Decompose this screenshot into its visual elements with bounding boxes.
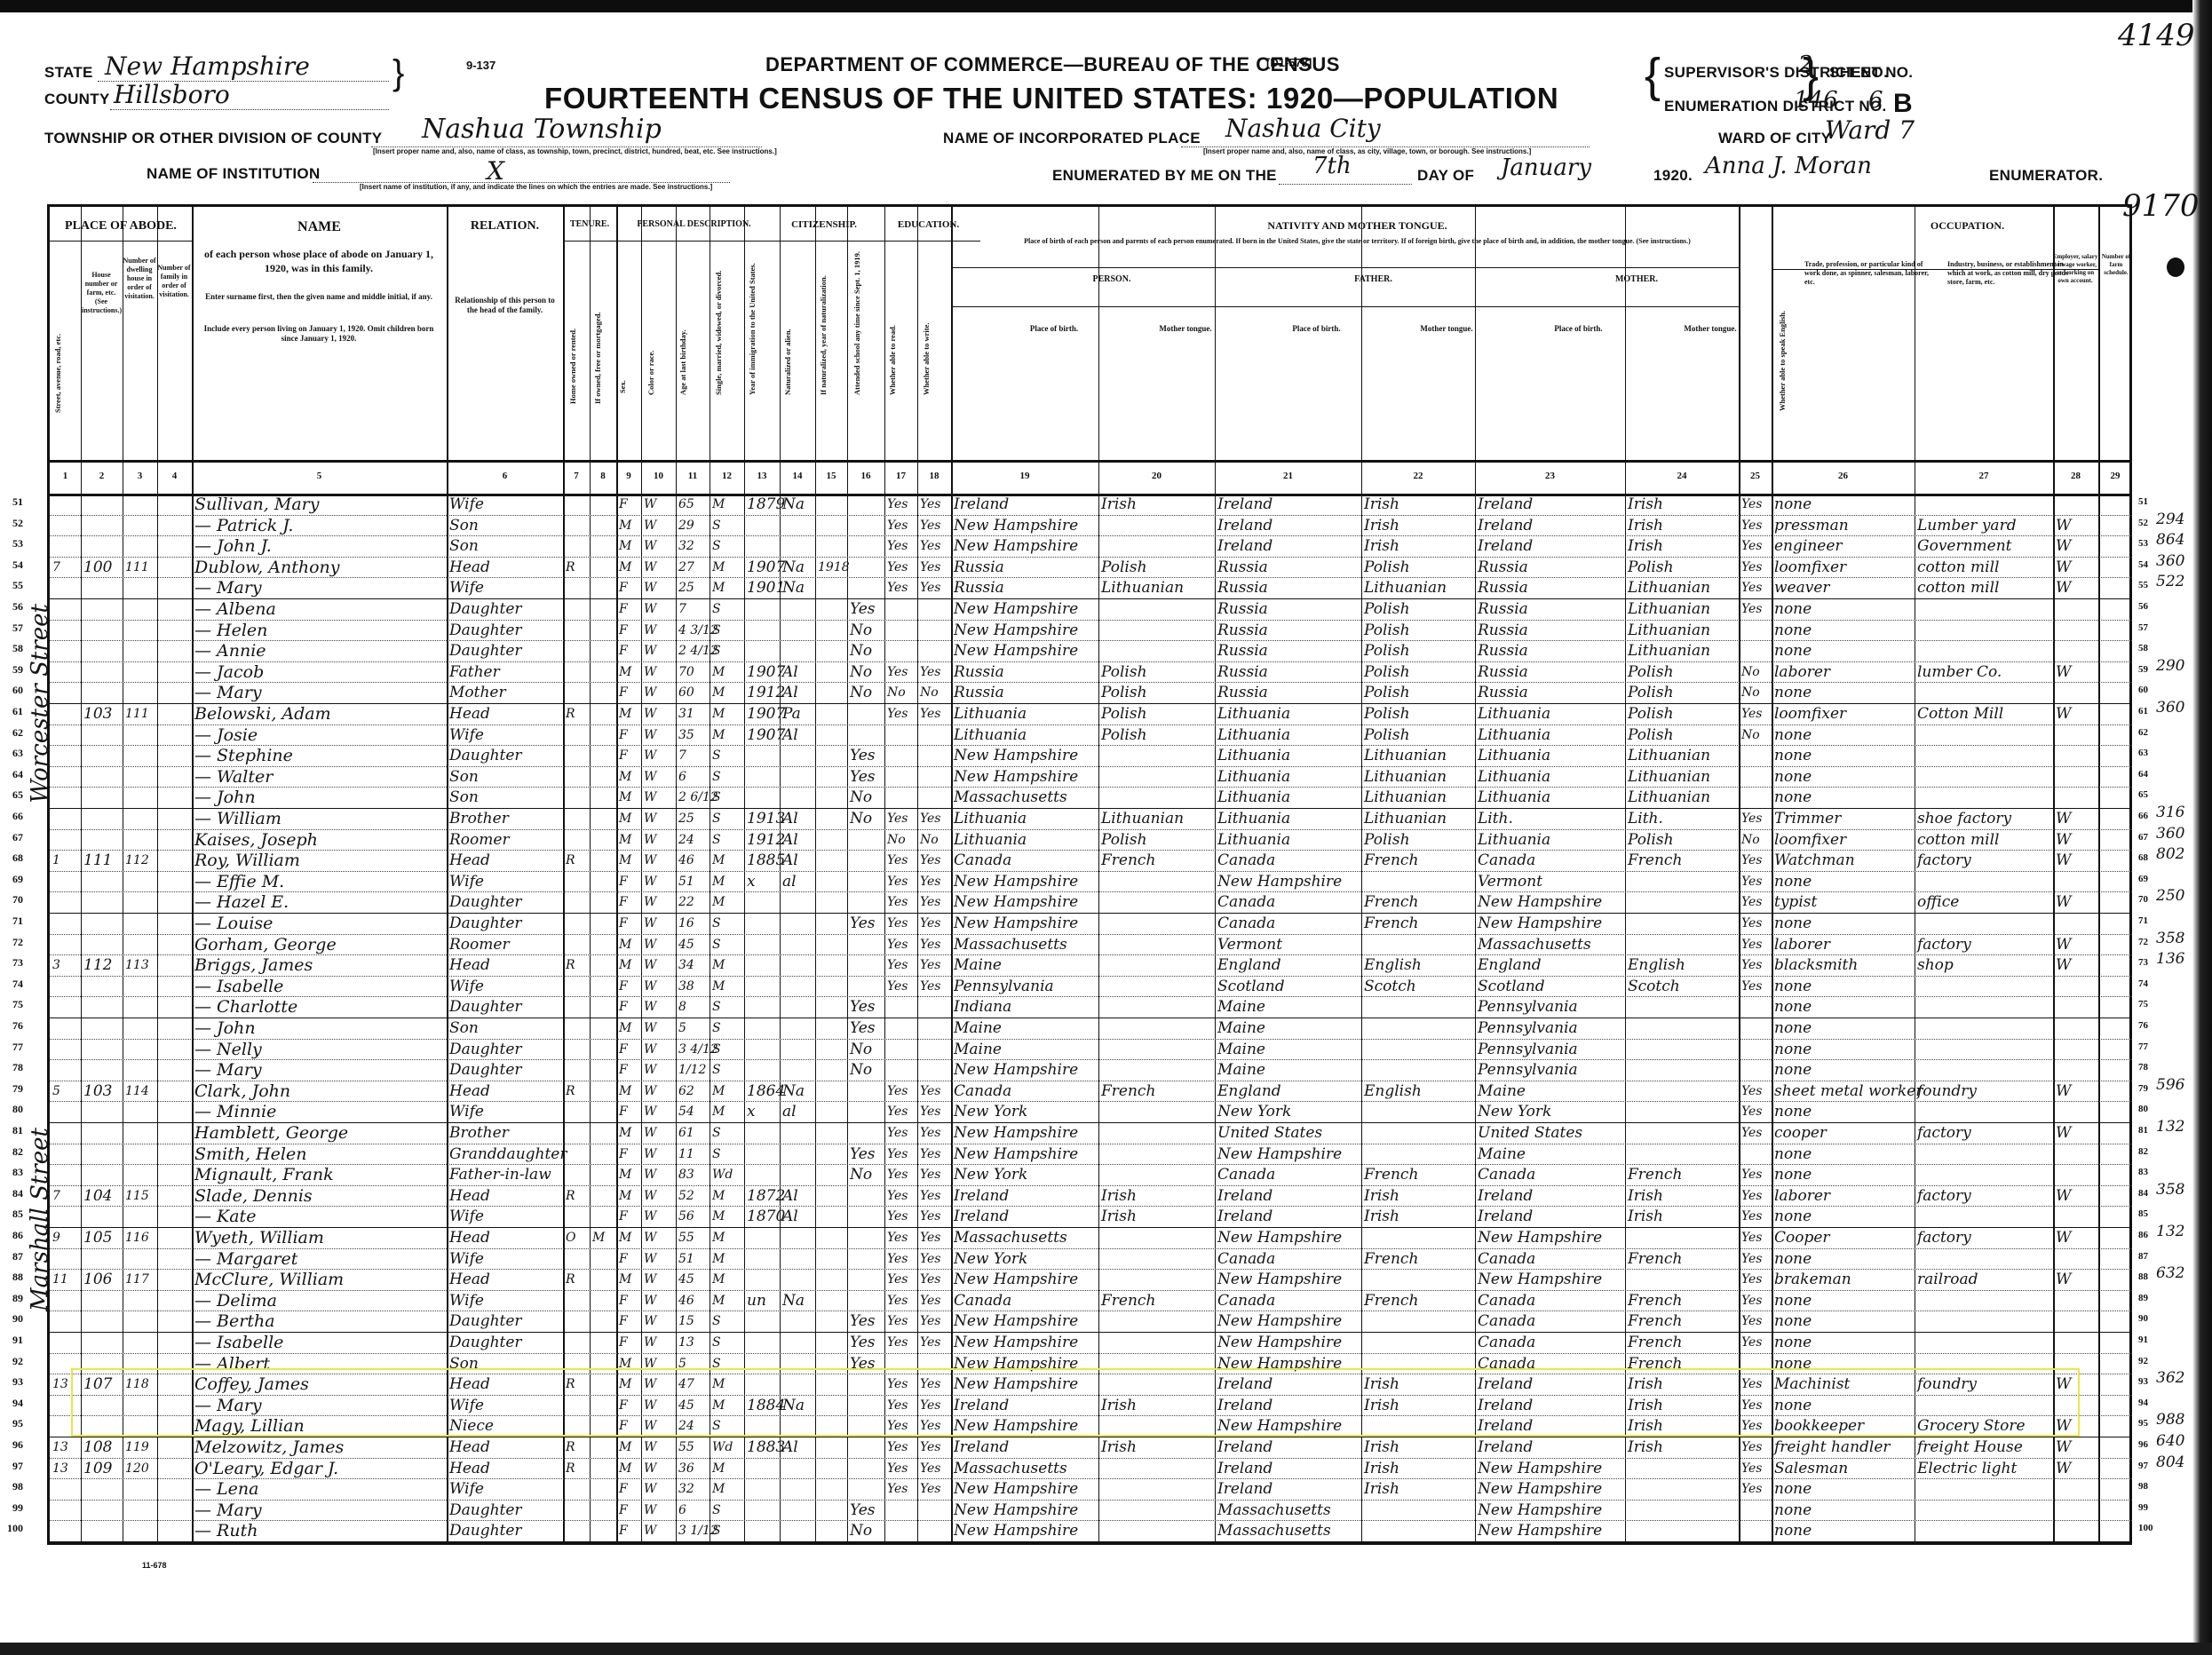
cell-rel: Head [449, 1186, 490, 1206]
cell-eng: Yes [1741, 955, 1763, 975]
occupation-code: 640 [2156, 1432, 2184, 1450]
cell-ind: railroad [1917, 1270, 1978, 1289]
cell-imm: un [747, 1291, 766, 1311]
cell-mpob: New Hampshire [1478, 892, 1602, 912]
cell-name: Coffey, James [194, 1374, 309, 1394]
enumerated-year: 1920. [1653, 167, 1693, 185]
cell-fpob: New Hampshire [1217, 1270, 1342, 1289]
cell-occ: bookkeeper [1774, 1416, 1864, 1436]
cell-write: Yes [920, 516, 941, 535]
cell-sch: Yes [850, 1311, 876, 1331]
cell-sex: M [619, 516, 631, 535]
occupation-code: 360 [2156, 825, 2184, 843]
cell-rel: Head [449, 558, 490, 577]
column-divider [1772, 207, 1773, 1542]
cell-ind: freight House [1917, 1437, 2023, 1457]
row-line [50, 640, 2132, 641]
cell-name: Roy, William [194, 851, 300, 870]
cell-fpob: Lithuania [1217, 830, 1290, 850]
cell-race: W [644, 1416, 656, 1436]
cell-fpob: New Hampshire [1217, 1354, 1342, 1374]
cell-age: 52 [678, 1186, 694, 1206]
cell-eng: Yes [1741, 1123, 1763, 1143]
state-value: New Hampshire [105, 51, 310, 81]
cell-sex: F [619, 1333, 628, 1352]
cell-ms: M [712, 1479, 725, 1499]
cell-fmt: Irish [1364, 495, 1399, 514]
cell-imm: x [747, 872, 756, 891]
cell-write: Yes [920, 809, 941, 828]
cell-rel: Father-in-law [449, 1165, 551, 1184]
cell-eng: No [1741, 683, 1760, 702]
cell-eng: Yes [1741, 851, 1763, 870]
cell-write: Yes [920, 1207, 941, 1226]
county-label: COUNTY [44, 91, 110, 108]
cell-race: W [644, 1123, 656, 1143]
cell-pob: New Hampshire [954, 1270, 1078, 1289]
cell-write: Yes [920, 1165, 941, 1184]
occupation-trade-header: Trade, profession, or particular kind of… [1804, 260, 1938, 287]
cell-fpob: New Hampshire [1217, 1144, 1342, 1164]
cell-imm: 1907 [747, 725, 785, 745]
cell-mpob: Canada [1478, 1333, 1535, 1352]
cell-rel: Daughter [449, 1060, 522, 1080]
cell-occ: cooper [1774, 1123, 1827, 1143]
cell-sex: M [619, 1165, 631, 1184]
cell-occ: none [1774, 1018, 1812, 1038]
cell-dw: 118 [125, 1374, 149, 1394]
column-number: 5 [192, 471, 447, 481]
cell-write: Yes [920, 1144, 941, 1164]
column-number: 13 [744, 471, 780, 481]
cell-ind: cotton mill [1917, 558, 1999, 577]
cell-cls: W [2056, 1437, 2071, 1457]
cell-fpob: Ireland [1217, 1396, 1272, 1415]
line-number-right: 91 [2138, 1334, 2148, 1345]
cell-name: Dublow, Anthony [194, 558, 339, 577]
cell-read: Yes [887, 1311, 908, 1331]
cell-read: Yes [887, 955, 908, 975]
cell-cls: W [2056, 851, 2071, 870]
cell-read: Yes [887, 495, 908, 514]
cell-ind: shop [1917, 955, 1954, 975]
cell-mpob: New Hampshire [1478, 1479, 1602, 1499]
cell-fpob: Russia [1217, 621, 1268, 640]
person-place-of-birth-header: Place of birth. [980, 324, 1128, 334]
col-dwelling-header: Number of dwelling house in order of vis… [123, 257, 156, 301]
relation-description: Relationship of this person to the head … [451, 296, 559, 315]
cell-write: Yes [920, 955, 941, 975]
cell-race: W [644, 1228, 656, 1247]
cell-eng: Yes [1741, 1165, 1763, 1184]
cell-pob: Massachusetts [954, 935, 1067, 954]
cell-mt: Polish [1101, 725, 1147, 745]
col-naturalization-year-header: If naturalized, year of naturalization. [819, 262, 828, 395]
cell-fpob: Lithuania [1217, 809, 1290, 828]
occupation-code: 632 [2156, 1264, 2184, 1282]
cell-pob: Ireland [954, 1186, 1009, 1206]
cell-name: — John [194, 788, 256, 807]
cell-write: Yes [920, 1102, 941, 1121]
cell-read: Yes [887, 851, 908, 870]
cell-name: — Kate [194, 1207, 256, 1226]
cell-sch: Yes [850, 914, 876, 933]
column-number: 6 [447, 471, 563, 481]
column-number: 27 [1915, 471, 2053, 481]
row-line [50, 1101, 2132, 1102]
cell-fmt: Irish [1364, 1186, 1399, 1206]
father-place-of-birth-header: Place of birth. [1243, 324, 1390, 334]
cell-age: 8 [678, 997, 686, 1017]
cell-rel: Daughter [449, 1501, 522, 1520]
cell-sex: F [619, 641, 628, 661]
cell-occ: none [1774, 1354, 1812, 1374]
cell-sex: F [619, 495, 628, 514]
column-number: 8 [590, 471, 616, 481]
cell-rel: Head [449, 1081, 490, 1101]
column-divider [884, 207, 885, 1542]
cell-name: Wyeth, William [194, 1228, 324, 1247]
cell-race: W [644, 788, 656, 807]
cell-eng: Yes [1741, 1249, 1763, 1269]
column-number: 18 [917, 471, 951, 481]
cell-write: Yes [920, 851, 941, 870]
cell-name: — Lena [194, 1479, 258, 1499]
cell-race: W [644, 1521, 656, 1540]
cell-mmt: Irish [1628, 536, 1663, 556]
cell-name: — Isabelle [194, 1333, 283, 1352]
cell-pob: New Hampshire [954, 1123, 1078, 1143]
cell-rel: Wife [449, 578, 484, 598]
cell-age: 31 [678, 704, 694, 724]
cell-own: R [566, 558, 575, 577]
cell-name: — Bertha [194, 1311, 275, 1331]
line-number-right: 74 [2138, 978, 2148, 989]
cell-race: W [644, 1144, 656, 1164]
cell-pob: New Hampshire [954, 641, 1078, 661]
enumerated-day: 7th [1312, 153, 1352, 179]
cell-eng: Yes [1741, 1102, 1763, 1121]
line-number: 51 [0, 495, 23, 509]
cell-mmt: French [1628, 851, 1682, 870]
section-personal-description: PERSONAL DESCRIPTION. [616, 219, 772, 229]
cell-age: 61 [678, 1123, 694, 1143]
cell-own: R [566, 1437, 575, 1457]
cell-ms: S [712, 536, 721, 556]
cell-age: 6 [678, 1501, 686, 1520]
row-line [50, 682, 2132, 683]
cell-age: 11 [678, 1144, 694, 1164]
cell-race: W [644, 746, 656, 765]
col-school-header: Attended school any time since Sept. 1, … [852, 262, 861, 395]
cell-sch: Yes [850, 1144, 876, 1164]
cell-race: W [644, 767, 656, 787]
cell-race: W [644, 1333, 656, 1352]
cell-nat: al [782, 872, 797, 891]
cell-read: Yes [887, 704, 908, 724]
line-number-right: 86 [2138, 1230, 2148, 1240]
cell-sch: Yes [850, 1501, 876, 1520]
cell-age: 24 [678, 1416, 694, 1436]
occupation-class-header: Employer, salary or wage worker, or work… [2052, 253, 2098, 285]
cell-read: Yes [887, 1081, 908, 1101]
cell-nat: Na [782, 558, 805, 577]
line-number-right: 61 [2138, 706, 2148, 717]
cell-fpob: Maine [1217, 1018, 1265, 1038]
cell-occ: none [1774, 1102, 1812, 1121]
cell-occ: none [1774, 621, 1812, 640]
cell-eng: Yes [1741, 558, 1763, 577]
cell-pob: Lithuania [954, 809, 1027, 828]
cell-cls: W [2056, 662, 2071, 682]
cell-eng: Yes [1741, 1207, 1763, 1226]
cell-pob: Lithuania [954, 725, 1027, 745]
cell-fpob: Canada [1217, 1165, 1275, 1184]
line-number-right: 59 [2138, 664, 2148, 675]
cell-name: — Effie M. [194, 872, 284, 891]
cell-age: 46 [678, 1291, 694, 1311]
cell-ms: S [712, 935, 721, 954]
cell-write: Yes [920, 1311, 941, 1331]
cell-rel: Daughter [449, 997, 522, 1017]
cell-sex: F [619, 997, 628, 1017]
cell-occ: none [1774, 1060, 1812, 1080]
cell-age: 54 [678, 1102, 694, 1121]
cell-read: No [887, 830, 906, 850]
line-number: 89 [0, 1292, 23, 1305]
row-divider [50, 494, 2132, 496]
line-number-right: 90 [2138, 1313, 2148, 1324]
cell-age: 29 [678, 516, 694, 535]
row-line [50, 1018, 2132, 1018]
cell-sex: M [619, 1228, 631, 1247]
cell-rel: Wife [449, 977, 484, 996]
cell-cls: W [2056, 1416, 2071, 1436]
col-family-header: Number of family in order of visitation. [157, 264, 191, 299]
cell-rel: Daughter [449, 641, 522, 661]
cell-house: 109 [83, 1459, 112, 1478]
cell-occ: none [1774, 767, 1812, 787]
cell-cls: W [2056, 1374, 2071, 1394]
cell-rel: Roomer [449, 935, 510, 954]
cell-fpob: New Hampshire [1217, 1311, 1342, 1331]
cell-fpob: Ireland [1217, 1374, 1272, 1394]
line-number-right: 69 [2138, 874, 2148, 884]
cell-age: 34 [678, 955, 694, 975]
column-number: 9 [616, 471, 641, 481]
cell-age: 32 [678, 536, 694, 556]
cell-mpob: Ireland [1478, 1207, 1533, 1226]
cell-mmt: Irish [1628, 1207, 1663, 1226]
subsection-mother: MOTHER. [1503, 274, 1770, 284]
cell-race: W [644, 892, 656, 912]
cell-ms: M [712, 1396, 725, 1415]
cell-pob: New Hampshire [954, 1144, 1078, 1164]
cell-race: W [644, 621, 656, 640]
cell-ms: M [712, 872, 725, 891]
col-speak-english-header: Whether able to speak English. [1778, 234, 1787, 411]
cell-write: Yes [920, 578, 941, 598]
cell-ms: M [712, 1228, 725, 1247]
cell-age: 45 [678, 1396, 694, 1415]
cell-race: W [644, 1102, 656, 1121]
cell-ms: M [712, 1291, 725, 1311]
cell-sex: M [619, 955, 631, 975]
cell-race: W [644, 914, 656, 933]
cell-mpob: Lithuania [1478, 725, 1550, 745]
cell-mt: Irish [1101, 1396, 1137, 1415]
line-number-right: 67 [2138, 832, 2148, 843]
cell-fpob: Russia [1217, 662, 1268, 682]
line-number: 90 [0, 1312, 23, 1326]
cell-race: W [644, 1186, 656, 1206]
cell-mort: M [592, 1228, 605, 1247]
column-number: 25 [1739, 471, 1772, 481]
cell-occ: pressman [1774, 516, 1849, 535]
line-number: 67 [0, 831, 23, 844]
subsection-father: FATHER. [1243, 274, 1503, 284]
cell-sex: F [619, 746, 628, 765]
cell-pob: Pennsylvania [954, 977, 1054, 996]
cell-pob: New Hampshire [954, 1374, 1078, 1394]
line-number-right: 60 [2138, 685, 2148, 695]
section-relation: RELATION. [447, 219, 563, 234]
cell-mt: French [1101, 1291, 1155, 1311]
cell-sex: M [619, 935, 631, 954]
cell-occ: none [1774, 1479, 1812, 1499]
line-number: 52 [0, 517, 23, 530]
cell-own: R [566, 851, 575, 870]
cell-mpob: New Hampshire [1478, 1228, 1602, 1247]
margin-street-name-1: Worcester Street [27, 604, 53, 804]
cell-mt: French [1101, 1081, 1155, 1101]
cell-mmt: Scotch [1628, 977, 1680, 996]
cell-mmt: Lithuanian [1628, 767, 1710, 787]
cell-rel: Daughter [449, 621, 522, 640]
cell-sex: M [619, 1018, 631, 1038]
cell-name: — Minnie [194, 1102, 276, 1121]
cell-rel: Head [449, 851, 490, 870]
cell-read: Yes [887, 935, 908, 954]
cell-sex: F [619, 1040, 628, 1059]
cell-occ: laborer [1774, 935, 1830, 954]
cell-sex: F [619, 1396, 628, 1415]
cell-name: Belowski, Adam [194, 704, 331, 724]
cell-dw: 119 [125, 1437, 149, 1457]
cell-ind: factory [1917, 1228, 1971, 1247]
cell-eng: Yes [1741, 977, 1763, 996]
cell-fpob: England [1217, 1081, 1281, 1101]
cell-occ: none [1774, 872, 1812, 891]
cell-ind: Grocery Store [1917, 1416, 2026, 1436]
cell-name: — Hazel E. [194, 892, 289, 912]
cell-occ: loomfixer [1774, 558, 1846, 577]
cell-sch: Yes [850, 1354, 876, 1374]
cell-name: Smith, Helen [194, 1144, 306, 1164]
line-number: 53 [0, 537, 23, 550]
cell-dw: 111 [125, 704, 149, 724]
cell-fmt: Lithuanian [1364, 746, 1447, 765]
cell-occ: freight handler [1774, 1437, 1891, 1457]
cell-fmt: French [1364, 1249, 1418, 1269]
district-brace-right: } [1803, 51, 1819, 99]
township-label: TOWNSHIP OR OTHER DIVISION OF COUNTY [44, 130, 382, 147]
line-number-right: 92 [2138, 1356, 2148, 1366]
cell-age: 1/12 [678, 1060, 706, 1080]
cell-rel: Daughter [449, 746, 522, 765]
line-number-right: 68 [2138, 852, 2148, 863]
cell-imm: 1879 [747, 495, 785, 514]
column-divider [590, 207, 591, 1542]
line-number: 78 [0, 1061, 23, 1074]
column-divider [2053, 207, 2055, 1542]
cell-rel: Head [449, 955, 490, 975]
cell-fmt: Irish [1364, 536, 1399, 556]
cell-occ: laborer [1774, 1186, 1830, 1206]
cell-mt: Irish [1101, 1207, 1137, 1226]
line-number: 94 [0, 1397, 23, 1410]
cell-mmt: French [1628, 1354, 1682, 1374]
line-number-right: 89 [2138, 1293, 2148, 1303]
line-number: 86 [0, 1229, 23, 1242]
township-hint: [Insert proper name and, also, name of c… [373, 147, 777, 155]
cell-occ: none [1774, 1501, 1812, 1520]
cell-fmt: Irish [1364, 1396, 1399, 1415]
nativity-description: Place of birth of each person and parent… [991, 237, 1724, 246]
cell-rel: Head [449, 1270, 490, 1289]
cell-mmt: Lithuanian [1628, 599, 1710, 619]
ward-value: Ward 7 [1825, 115, 1915, 145]
cell-mmt: Irish [1628, 1374, 1663, 1394]
cell-fmt: Polish [1364, 683, 1410, 702]
cell-sex: F [619, 1521, 628, 1540]
cell-imm: 1901 [747, 578, 785, 598]
row-line [50, 1059, 2132, 1060]
cell-write: Yes [920, 1081, 941, 1101]
line-number: 81 [0, 1124, 23, 1137]
cell-race: W [644, 578, 656, 598]
cell-fmt: Polish [1364, 558, 1410, 577]
col-owned-header: Home owned or rented. [568, 262, 577, 404]
cell-name: — Mary [194, 1501, 262, 1520]
cell-mmt: Irish [1628, 1396, 1663, 1415]
cell-read: Yes [887, 536, 908, 556]
line-number-right: 85 [2138, 1208, 2148, 1219]
cell-rel: Head [449, 1437, 490, 1457]
cell-mpob: Russia [1478, 621, 1528, 640]
cell-age: 62 [678, 1081, 694, 1101]
occupation-code: 864 [2156, 531, 2184, 549]
cell-ms: S [712, 1144, 721, 1164]
cell-read: Yes [887, 1228, 908, 1247]
row-line [50, 1039, 2132, 1040]
column-divider [744, 207, 745, 1542]
cell-eng: Yes [1741, 1081, 1763, 1101]
cell-fmt: French [1364, 851, 1418, 870]
cell-write: Yes [920, 1249, 941, 1269]
occupation-code: 358 [2156, 930, 2184, 947]
cell-name: Gorham, George [194, 935, 337, 954]
cell-mpob: Canada [1478, 1165, 1535, 1184]
enumeration-district-label: ENUMERATION DISTRICT NO. [1664, 98, 1887, 115]
cell-race: W [644, 809, 656, 828]
cell-pob: New York [954, 1165, 1027, 1184]
cell-imm: 1884 [747, 1396, 785, 1415]
person-mother-tongue-header: Mother tongue. [1128, 324, 1243, 334]
cell-own: R [566, 1459, 575, 1478]
line-number-right: 66 [2138, 811, 2148, 821]
column-number: 17 [884, 471, 917, 481]
